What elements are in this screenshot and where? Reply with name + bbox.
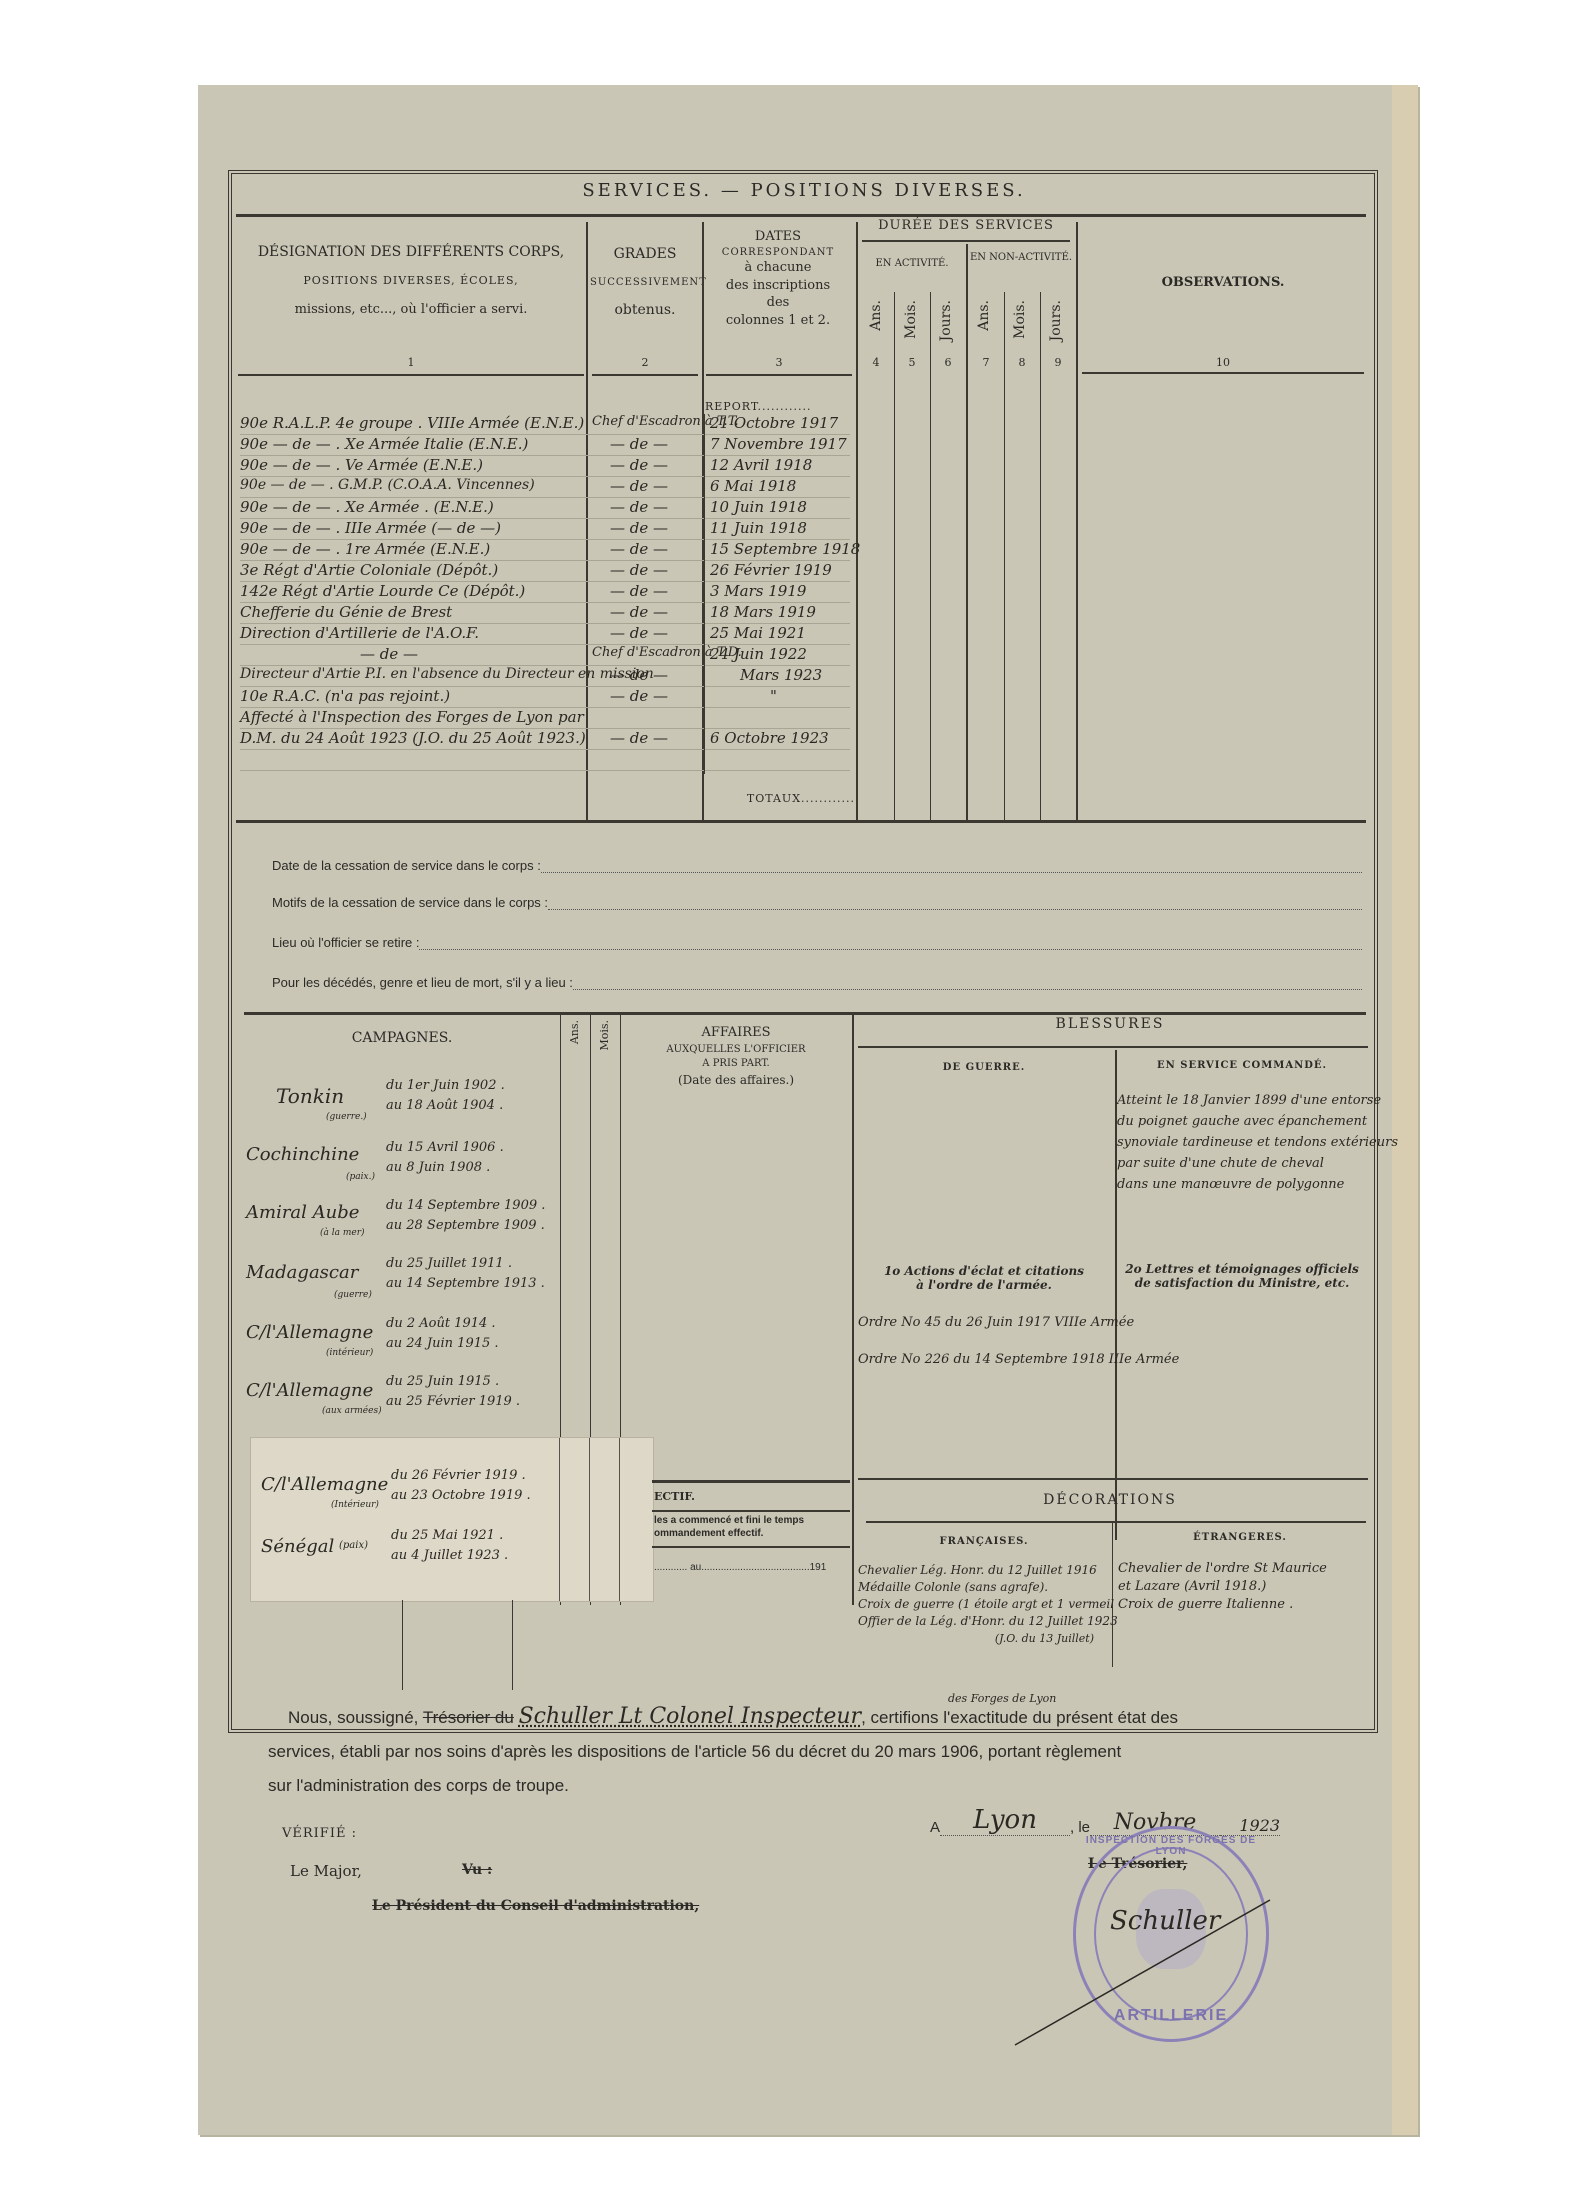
deces-field[interactable]: Pour les décédés, genre et lieu de mort,…: [272, 975, 1362, 990]
col2-header: GRADES SUCCESSIVEMENT obtenus.: [590, 244, 700, 321]
effectif-label: ECTIF.: [654, 1490, 695, 1503]
campaign-item: Madagascar (guerre) du 25 Juillet 1911 .…: [246, 1254, 556, 1314]
services-title: SERVICES. — POSITIONS DIVERSES.: [233, 180, 1375, 201]
signatory-name: Schuller Lt Colonel Inspecteur: [519, 1704, 861, 1729]
report-label: REPORT............: [705, 400, 855, 413]
actions-list: Ordre No 45 du 26 Juin 1917 VIIIe Armée …: [858, 1315, 1118, 1367]
actions-header: 1o Actions d'éclat et citations à l'ordr…: [854, 1264, 1114, 1292]
blessures-header: BLESSURES: [854, 1016, 1366, 1032]
cessation-motifs-field[interactable]: Motifs de la cessation de service dans l…: [272, 895, 1362, 910]
col-mois-2: Mois.: [1012, 300, 1028, 339]
duree-header: DURÉE DES SERVICES: [858, 218, 1074, 233]
affaires-header: AFFAIRES AUXQUELLES L'OFFICIER A PRIS PA…: [622, 1024, 850, 1089]
major-label: Le Major,: [290, 1862, 362, 1880]
signature-flourish-icon: [1010, 1890, 1280, 2050]
campaign-item: Cochinchine (paix.) du 15 Avril 1906 . a…: [246, 1138, 556, 1196]
vu-label: Vu :: [462, 1862, 492, 1878]
col-ans-1: Ans.: [868, 300, 884, 331]
pasted-correction-slip: C/l'Allemagne (Intérieur) du 26 Février …: [250, 1437, 654, 1602]
etrangeres-header: ÉTRANGERES.: [1114, 1532, 1366, 1543]
col-jours-1: Jours.: [938, 300, 954, 341]
campaign-item: Amiral Aube (à la mer) du 14 Septembre 1…: [246, 1196, 556, 1254]
campagnes-header: CAMPAGNES.: [244, 1030, 560, 1046]
campaign-item: Tonkin (guerre.) du 1er Juin 1902 . au 1…: [246, 1078, 556, 1138]
totaux-label: TOTAUX............: [710, 792, 855, 805]
lieu-retraite-field[interactable]: Lieu où l'officier se retire :: [272, 935, 1362, 950]
col3-header: DATES CORRESPONDANT à chacune des inscri…: [704, 228, 852, 329]
de-guerre-header: DE GUERRE.: [854, 1062, 1114, 1073]
effectif-text: les a commencé et fini le temps ommandem…: [654, 1514, 804, 1540]
effectif-dates: ............ au.........................…: [654, 1562, 826, 1573]
certification-text: Nous, soussigné, Trésorier du Schuller L…: [268, 1700, 1398, 1803]
non-activite-header: EN NON-ACTIVITÉ.: [968, 252, 1074, 263]
en-service-text: Atteint le 18 Janvier 1899 d'une entorse…: [1117, 1090, 1367, 1195]
campagnes-mois: Mois.: [598, 1020, 611, 1051]
decorations-header: DÉCORATIONS: [854, 1492, 1366, 1508]
col1-header: DÉSIGNATION DES DIFFÉRENTS CORPS, POSITI…: [236, 242, 586, 319]
services-rows: 90e R.A.L.P. 4e groupe . VIIIe Armée (E.…: [240, 414, 850, 774]
observations-header: OBSERVATIONS.: [1078, 275, 1368, 290]
campaign-item: C/l'Allemagne (intérieur) du 2 Août 1914…: [246, 1314, 556, 1372]
col-ans-2: Ans.: [976, 300, 992, 331]
campagnes-ans: Ans.: [568, 1020, 581, 1044]
campaign-item: C/l'Allemagne (Intérieur) du 26 Février …: [261, 1468, 561, 1528]
signatory-note: des Forges de Lyon: [948, 1682, 1056, 1716]
francaises-list: Chevalier Lég. Honr. du 12 Juillet 1916 …: [858, 1562, 1114, 1647]
col-mois-1: Mois.: [903, 300, 919, 339]
lettres-header: 2o Lettres et témoignages officiels de s…: [1117, 1262, 1367, 1290]
en-service-header: EN SERVICE COMMANDÉ.: [1117, 1060, 1367, 1071]
president-label: Le Président du Conseil d'administration…: [372, 1898, 699, 1914]
cessation-date-field[interactable]: Date de la cessation de service dans le …: [272, 858, 1362, 873]
campaign-item: Sénégal (paix) du 25 Mai 1921 . au 4 Jui…: [261, 1528, 561, 1588]
campagnes-list: Tonkin (guerre.) du 1er Juin 1902 . au 1…: [246, 1078, 556, 1428]
francaises-header: FRANÇAISES.: [854, 1536, 1114, 1547]
campaign-item: C/l'Allemagne (aux armées) du 25 Juin 19…: [246, 1372, 556, 1428]
service-corps: 90e R.A.L.P. 4e groupe . VIIIe Armée (E.…: [240, 414, 584, 432]
activite-header: EN ACTIVITÉ.: [858, 258, 966, 269]
verifie-label: VÉRIFIÉ :: [282, 1826, 357, 1841]
etrangeres-list: Chevalier de l'ordre St Maurice et Lazar…: [1118, 1560, 1368, 1614]
col-jours-2: Jours.: [1048, 300, 1064, 341]
